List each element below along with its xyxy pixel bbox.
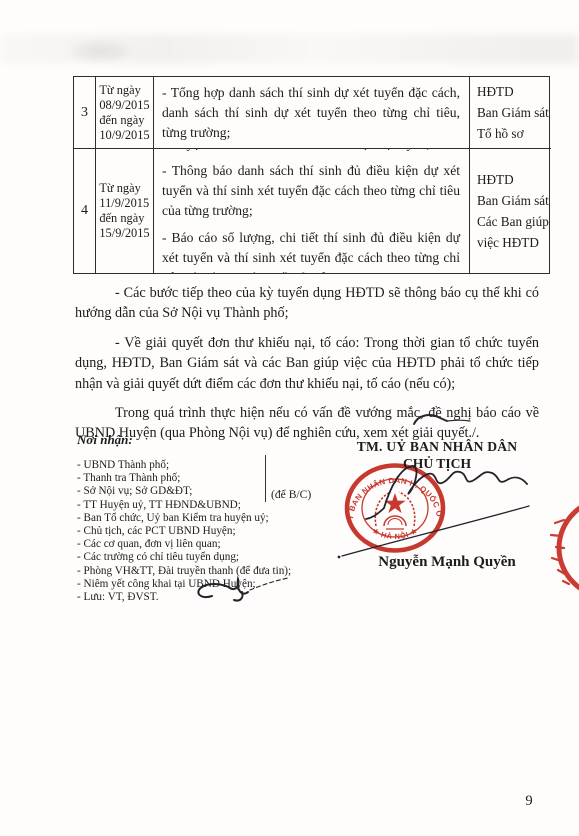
pen-flourish-icon <box>408 410 474 430</box>
signer-name: Nguyễn Mạnh Quyền <box>352 554 542 571</box>
task-item: - Duyệt danh sách thí sinh đủ điều kiện … <box>162 148 460 154</box>
partial-red-stamp-icon <box>547 497 579 599</box>
recipient-item: - Các cơ quan, đơn vị liên quan; <box>77 538 307 551</box>
responsible-cell: HĐTD Ban Giám sát Tổ hồ sơ <box>469 77 551 148</box>
task-cell: - Tổng hợp danh sách thí sinh dự xét tuy… <box>153 77 469 148</box>
bc-bracket-line <box>265 455 266 502</box>
handwritten-signature-icon <box>330 455 560 570</box>
scanned-document-page: 3 Từ ngày 08/9/2015 đến ngày 10/9/2015 -… <box>0 0 579 836</box>
body-paragraph: - Các bước tiếp theo của kỳ tuyển dụng H… <box>75 283 539 324</box>
recipient-item: - Thanh tra Thành phố; <box>77 472 307 485</box>
schedule-table: 3 Từ ngày 08/9/2015 đến ngày 10/9/2015 -… <box>73 76 550 274</box>
row-number-cell: 4 <box>74 148 95 273</box>
task-item: - Tổng hợp danh sách thí sinh dự xét tuy… <box>162 83 460 143</box>
signing-authority: TM. UỶ BAN NHÂN DÂN <box>330 439 544 455</box>
task-item: - Thông báo danh sách thí sinh đủ điều k… <box>162 161 460 221</box>
scan-smudge <box>70 40 130 62</box>
page-number: 9 <box>518 793 540 810</box>
clerk-initials-icon <box>190 574 300 604</box>
responsible-cell: HĐTD Ban Giám sát Các Ban giúp việc HĐTD <box>469 148 551 273</box>
task-item: - Báo cáo số lượng, chi tiết thí sinh đủ… <box>162 228 460 273</box>
task-cell: - Duyệt danh sách thí sinh đủ điều kiện … <box>153 148 469 273</box>
date-range-cell: Từ ngày 08/9/2015 đến ngày 10/9/2015 <box>95 77 153 148</box>
recipients-header: Nơi nhận: <box>77 432 307 448</box>
row-number-cell: 3 <box>74 77 95 148</box>
bc-note: (để B/C) <box>271 488 311 501</box>
recipient-item: - Các trường có chỉ tiêu tuyển dụng; <box>77 551 307 564</box>
body-paragraph: - Về giải quyết đơn thư khiếu nại, tố cá… <box>75 333 539 394</box>
recipient-item: - Chủ tịch, các PCT UBND Huyện; <box>77 525 307 538</box>
recipient-item: - UBND Thành phố; <box>77 459 307 472</box>
recipient-item: - Ban Tổ chức, Uỷ ban Kiểm tra huyện uỷ; <box>77 512 307 525</box>
date-range-cell: Từ ngày 11/9/2015 đến ngày 15/9/2015 <box>95 148 153 273</box>
